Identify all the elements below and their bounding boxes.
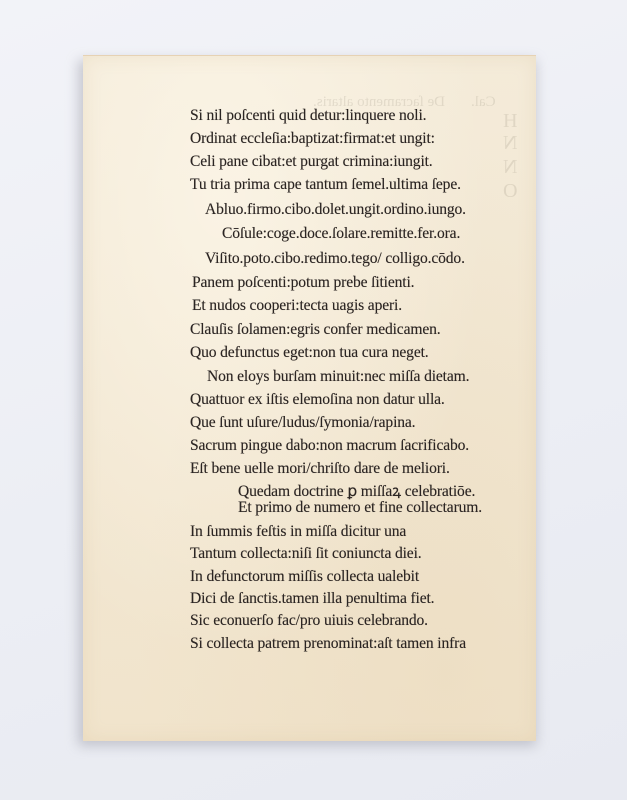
section-subheading: Et primo de numero et fine collectarum. bbox=[238, 499, 482, 517]
verse-line: Dici de ſanctis.tamen illa penultima fie… bbox=[190, 590, 434, 608]
verse-line: Panem poſcenti:potum prebe ſitienti. bbox=[192, 274, 414, 292]
verse-line: In ſummis feſtis in miſſa dicitur una bbox=[190, 523, 406, 541]
printed-leaf: De ſacramento altaris. Cal. H N N O Si n… bbox=[83, 55, 536, 741]
verse-line: Cōſule:coge.doce.ſolare.remitte.fer.ora. bbox=[222, 225, 460, 243]
verse-line: Abluo.firmo.cibo.dolet.ungit.ordino.iung… bbox=[205, 201, 466, 219]
verse-line: Quattuor ex iſtis elemoſina non datur ul… bbox=[190, 391, 445, 409]
verse-line: Sic econuerſo fac/pro uiuis celebrando. bbox=[190, 612, 428, 630]
verse-line: Viſito.poto.cibo.redimo.tego/ colligo.cō… bbox=[205, 250, 465, 268]
verse-line: Sacrum pingue dabo:non macrum ſacrificab… bbox=[190, 437, 469, 455]
verse-line: In defunctorum miſſis collecta ualebit bbox=[190, 568, 419, 586]
verse-line: Que ſunt uſure/ludus/ſymonia/rapina. bbox=[190, 414, 415, 432]
verse-line: Tu tria prima cape tantum ſemel.ultima ſ… bbox=[190, 176, 461, 194]
text-block: Si nil poſcenti quid detur:linquere noli… bbox=[83, 56, 536, 741]
verse-line: Et nudos cooperi:tecta uagis aperi. bbox=[192, 297, 402, 315]
verse-line: Tantum collecta:niſi ſit coniuncta diei. bbox=[190, 545, 422, 563]
verse-line: Si nil poſcenti quid detur:linquere noli… bbox=[190, 107, 426, 125]
verse-line: Non eloys burſam minuit:nec miſſa dietam… bbox=[207, 368, 469, 386]
verse-line: Si collecta patrem prenominat:aſt tamen … bbox=[190, 635, 466, 653]
verse-line: Celi pane cibat:et purgat crimina:iungit… bbox=[190, 153, 433, 171]
verse-line: Ordinat eccleſia:baptizat:firmat:et ungi… bbox=[190, 130, 435, 148]
verse-line: Eſt bene uelle mori/chriſto dare de meli… bbox=[190, 460, 450, 478]
verse-line: Quo defunctus eget:non tua cura neget. bbox=[190, 344, 429, 362]
verse-line: Clauſis ſolamen:egris confer medicamen. bbox=[190, 321, 441, 339]
